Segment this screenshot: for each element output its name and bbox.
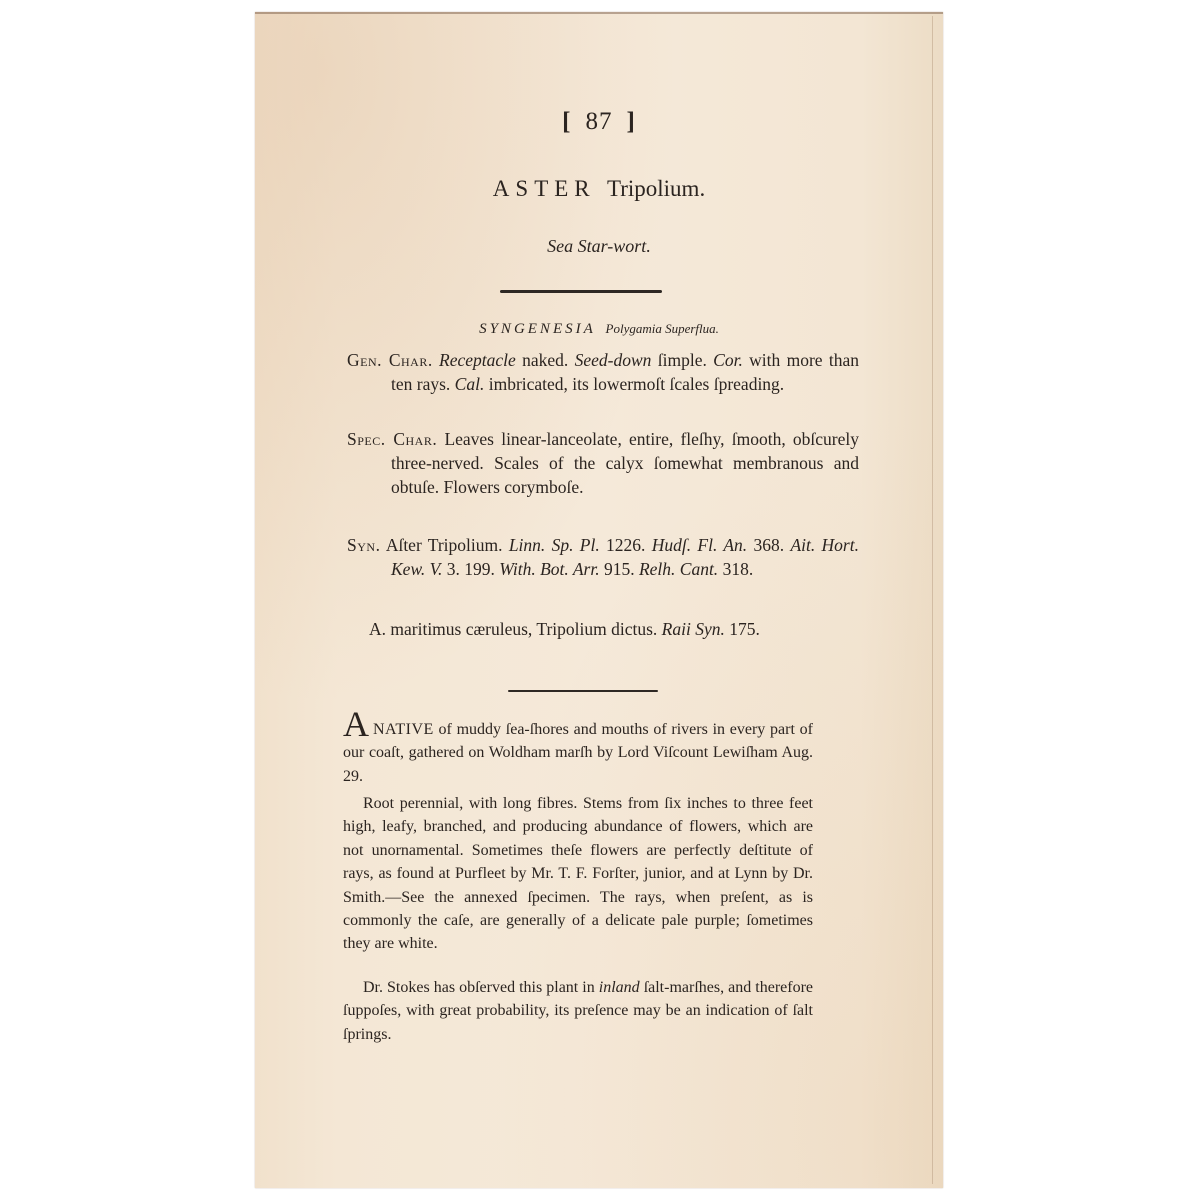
- title-genus: ASTER: [493, 176, 596, 201]
- page-number-value: 87: [586, 108, 613, 135]
- reference: Relh. Cant.: [639, 559, 718, 579]
- drop-cap: A: [343, 704, 369, 744]
- paragraph-1: ANATIVE of muddy ſea-ſhores and mouths o…: [343, 714, 813, 788]
- synonyms: Syn. Aſter Tripolium. Linn. Sp. Pl. 1226…: [347, 533, 859, 581]
- text: naked.: [516, 350, 575, 370]
- lead-caps: NATIVE: [373, 721, 434, 738]
- order-name: Polygamia Superflua.: [606, 321, 719, 336]
- text: A. maritimus cæruleus, Tripolium dictus.: [369, 619, 662, 639]
- reference: Linn. Sp. Pl.: [509, 535, 600, 555]
- italic-term: Cal.: [455, 374, 485, 394]
- text: Dr. Stokes has obſerved this plant in: [363, 979, 599, 996]
- page-title: ASTER Tripolium.: [255, 176, 943, 202]
- specific-character: Spec. Char. Leaves linear-lanceolate, en…: [347, 427, 859, 499]
- italic-term: inland: [599, 979, 640, 996]
- text: Aſter Tripolium.: [386, 535, 509, 555]
- italic-term: Receptacle: [439, 350, 516, 370]
- classification: SYNGENESIA Polygamia Superflua.: [255, 321, 943, 338]
- spec-char-text: Leaves linear-lanceolate, entire, fleſhy…: [391, 429, 859, 497]
- text: 3. 199.: [442, 559, 499, 579]
- bracket-open: [: [548, 108, 585, 135]
- italic-term: Seed-down: [575, 350, 652, 370]
- text: imbricated, its lowermoſt ſcales ſpreadi…: [484, 374, 784, 394]
- text: ſimple.: [651, 350, 713, 370]
- synonym-subentry: A. maritimus cæruleus, Tripolium dictus.…: [369, 617, 837, 641]
- gen-char-label: Gen. Char.: [347, 350, 433, 370]
- text: 915.: [600, 559, 639, 579]
- italic-term: Cor.: [713, 350, 743, 370]
- generic-character: Gen. Char. Receptacle naked. Seed-down ſ…: [347, 348, 859, 396]
- text: 175.: [725, 619, 760, 639]
- reference: With. Bot. Arr.: [499, 559, 599, 579]
- class-name: SYNGENESIA: [479, 321, 596, 337]
- text: 1226.: [600, 535, 652, 555]
- syn-label: Syn.: [347, 535, 380, 555]
- reference: Raii Syn.: [662, 619, 725, 639]
- reference: Hudſ. Fl. An.: [652, 535, 747, 555]
- page-number: [87]: [255, 108, 943, 136]
- title-species: Tripolium.: [607, 176, 705, 201]
- common-name: Sea Star-wort.: [255, 236, 943, 257]
- book-page: [87] ASTER Tripolium. Sea Star-wort. SYN…: [255, 12, 943, 1188]
- text: 318.: [718, 559, 753, 579]
- divider-rule: [508, 690, 658, 692]
- paragraph-3: Dr. Stokes has obſerved this plant in in…: [343, 976, 813, 1046]
- text: 368.: [747, 535, 790, 555]
- divider-rule: [500, 290, 662, 293]
- paragraph-2: Root perennial, with long fibres. Stems …: [343, 792, 813, 956]
- bracket-close: ]: [613, 108, 650, 135]
- spec-char-label: Spec. Char.: [347, 429, 437, 449]
